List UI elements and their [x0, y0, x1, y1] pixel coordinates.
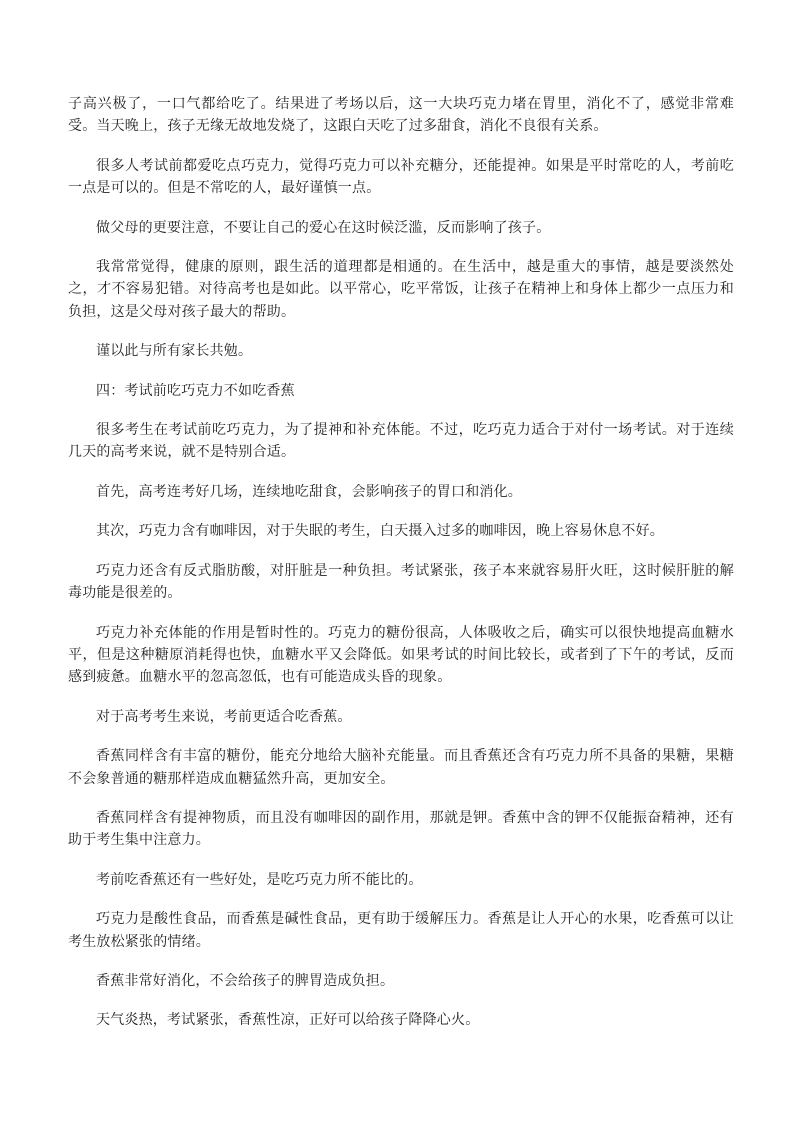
paragraph: 考前吃香蕉还有一些好处，是吃巧克力所不能比的。: [68, 870, 734, 892]
paragraph: 其次，巧克力含有咖啡因，对于失眠的考生，白天摄入过多的咖啡因，晚上容易休息不好。: [68, 521, 734, 543]
paragraph: 很多考生在考试前吃巧克力，为了提神和补充体能。不过，吃巧克力适合于对付一场考试。…: [68, 420, 734, 465]
paragraph: 巧克力还含有反式脂肪酸，对肝脏是一种负担。考试紧张，孩子本来就容易肝火旺，这时候…: [68, 561, 734, 606]
paragraph: 对于高考考生来说，考前更适合吃香蕉。: [68, 707, 734, 729]
paragraph: 香蕉同样含有丰富的糖份，能充分地给大脑补充能量。而且香蕉还含有巧克力所不具备的果…: [68, 746, 734, 791]
paragraph: 做父母的更要注意，不要让自己的爱心在这时候泛滥，反而影响了孩子。: [68, 218, 734, 240]
paragraph: 我常常觉得，健康的原则，跟生活的道理都是相通的。在生活中，越是重大的事情，越是要…: [68, 257, 734, 324]
paragraph-continuation: 子高兴极了，一口气都给吃了。结果进了考场以后，这一大块巧克力堵在胃里，消化不了，…: [68, 94, 734, 139]
paragraph: 巧克力补充体能的作用是暂时性的。巧克力的糖份很高，人体吸收之后，确实可以很快地提…: [68, 623, 734, 690]
paragraph: 谨以此与所有家长共勉。: [68, 341, 734, 363]
paragraph: 首先，高考连考好几场，连续地吃甜食，会影响孩子的胃口和消化。: [68, 482, 734, 504]
document-page: 子高兴极了，一口气都给吃了。结果进了考场以后，这一大块巧克力堵在胃里，消化不了，…: [0, 0, 800, 1132]
paragraph: 巧克力是酸性食品，而香蕉是碱性食品，更有助于缓解压力。香蕉是让人开心的水果，吃香…: [68, 909, 734, 954]
section-heading: 四：考试前吃巧克力不如吃香蕉: [68, 381, 734, 403]
paragraph: 很多人考试前都爱吃点巧克力，觉得巧克力可以补充糖分，还能提神。如果是平时常吃的人…: [68, 156, 734, 201]
paragraph: 天气炎热，考试紧张，香蕉性凉，正好可以给孩子降降心火。: [68, 1010, 734, 1032]
paragraph: 香蕉同样含有提神物质，而且没有咖啡因的副作用，那就是钾。香蕉中含的钾不仅能振奋精…: [68, 808, 734, 853]
paragraph: 香蕉非常好消化，不会给孩子的脾胃造成负担。: [68, 971, 734, 993]
